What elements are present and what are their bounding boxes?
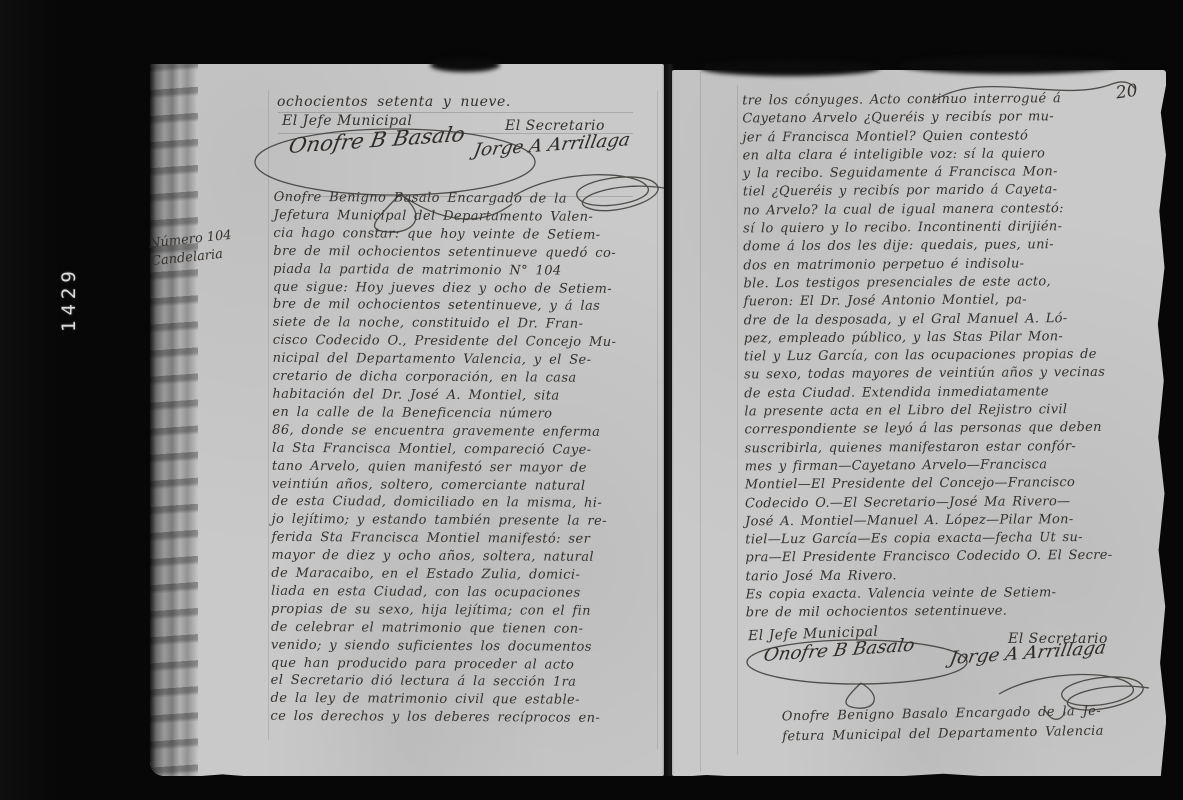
manuscript-line: de Maracaibo, en el Estado Zulia, domici… (271, 565, 661, 585)
manuscript-line: propias de su sexo, hija lejítima; con e… (271, 601, 661, 621)
manuscript-line: siete de la noche, constituido el Dr. Fr… (273, 314, 663, 334)
microfilm-scan: { "film": { "frame_number": "1429" }, "l… (0, 0, 1183, 800)
page-stack-line (700, 72, 701, 772)
manuscript-line: 86, donde se encuentra gravemente enferm… (272, 422, 662, 442)
manuscript-line: su sexo, todas mayores de veintiún años … (744, 364, 1146, 385)
film-smudge (900, 56, 1120, 74)
previous-entry-tail: ochocientos setenta y nueve. (277, 94, 511, 110)
manuscript-line: mayor de diez y ocho años, soltera, natu… (271, 547, 661, 567)
manuscript-line: pra—El Presidente Francisco Codecido O. … (745, 547, 1147, 568)
manuscript-line: venido; y siendo suficientes los documen… (271, 636, 661, 656)
manuscript-line: de la ley de matrimonio civil que establ… (270, 690, 660, 710)
manuscript-line: que sigue: Hoy jueves diez y ocho de Set… (273, 278, 663, 298)
left-page-body: Onofre Benigno Basalo Encargado de laJef… (270, 189, 663, 729)
film-smudge (430, 58, 500, 72)
manuscript-line: tano Arvelo, quien manifestó ser mayor d… (272, 457, 662, 477)
manuscript-line: habitación del Dr. José A. Montiel, sita (272, 386, 662, 406)
manuscript-line: correspondiente se leyó á las personas q… (744, 419, 1146, 440)
manuscript-line: liada en esta Ciudad, con las ocupacione… (271, 583, 661, 603)
manuscript-line: en la calle de la Beneficencia número (272, 404, 662, 424)
manuscript-line: el Secretario dió lectura á la sección 1… (271, 672, 661, 692)
manuscript-line: la Sta Francisca Montiel, compareció Cay… (272, 439, 662, 459)
left-page-torn-edge (150, 64, 198, 776)
right-page-body: tre los cónyuges. Acto continuo interrog… (742, 90, 1148, 623)
manuscript-line: piada la partida de matrimonio N° 104 (273, 260, 663, 280)
manuscript-line: Jefetura Municipal del Departamento Vale… (273, 207, 663, 227)
column-guide-line (737, 85, 738, 755)
closing-statement: Onofre Benigno Basalo Encargado de la Je… (782, 701, 1163, 747)
film-frame-number: 1429 (58, 242, 82, 332)
manuscript-line: ce los derechos y los deberes recíprocos… (270, 708, 660, 728)
manuscript-line: que han producido para proceder al acto (271, 654, 661, 674)
manuscript-line: bre de mil ochocientos setentinueve. (746, 602, 1148, 623)
manuscript-line: ferida Sta Francisca Montiel manifestó: … (271, 529, 661, 549)
jefe-signature-flourish (745, 638, 985, 702)
manuscript-line: veintiún años, soltero, comerciante natu… (272, 475, 662, 495)
manuscript-line: de esta Ciudad, domiciliado en la misma,… (272, 493, 662, 513)
film-smudge (700, 60, 880, 76)
manuscript-line: bre de mil ochocientos setentinueve, y á… (273, 296, 663, 316)
manuscript-line: nicipal del Departamento Valencia, y el … (273, 350, 663, 370)
manuscript-line: cisco Codecido O., Presidente del Concej… (273, 332, 663, 352)
manuscript-line: cretario de dicha corporación, en la cas… (272, 368, 662, 388)
manuscript-line: Onofre Benigno Basalo Encargado de la (274, 189, 664, 209)
manuscript-line: cia hago constar: que hoy veinte de Seti… (273, 225, 663, 245)
manuscript-line: bre de mil ochocientos setentinueve qued… (273, 243, 663, 263)
manuscript-line: jo lejítimo; y estando también presente … (272, 511, 662, 531)
manuscript-line: de celebrar el matrimonio que tienen con… (271, 619, 661, 639)
